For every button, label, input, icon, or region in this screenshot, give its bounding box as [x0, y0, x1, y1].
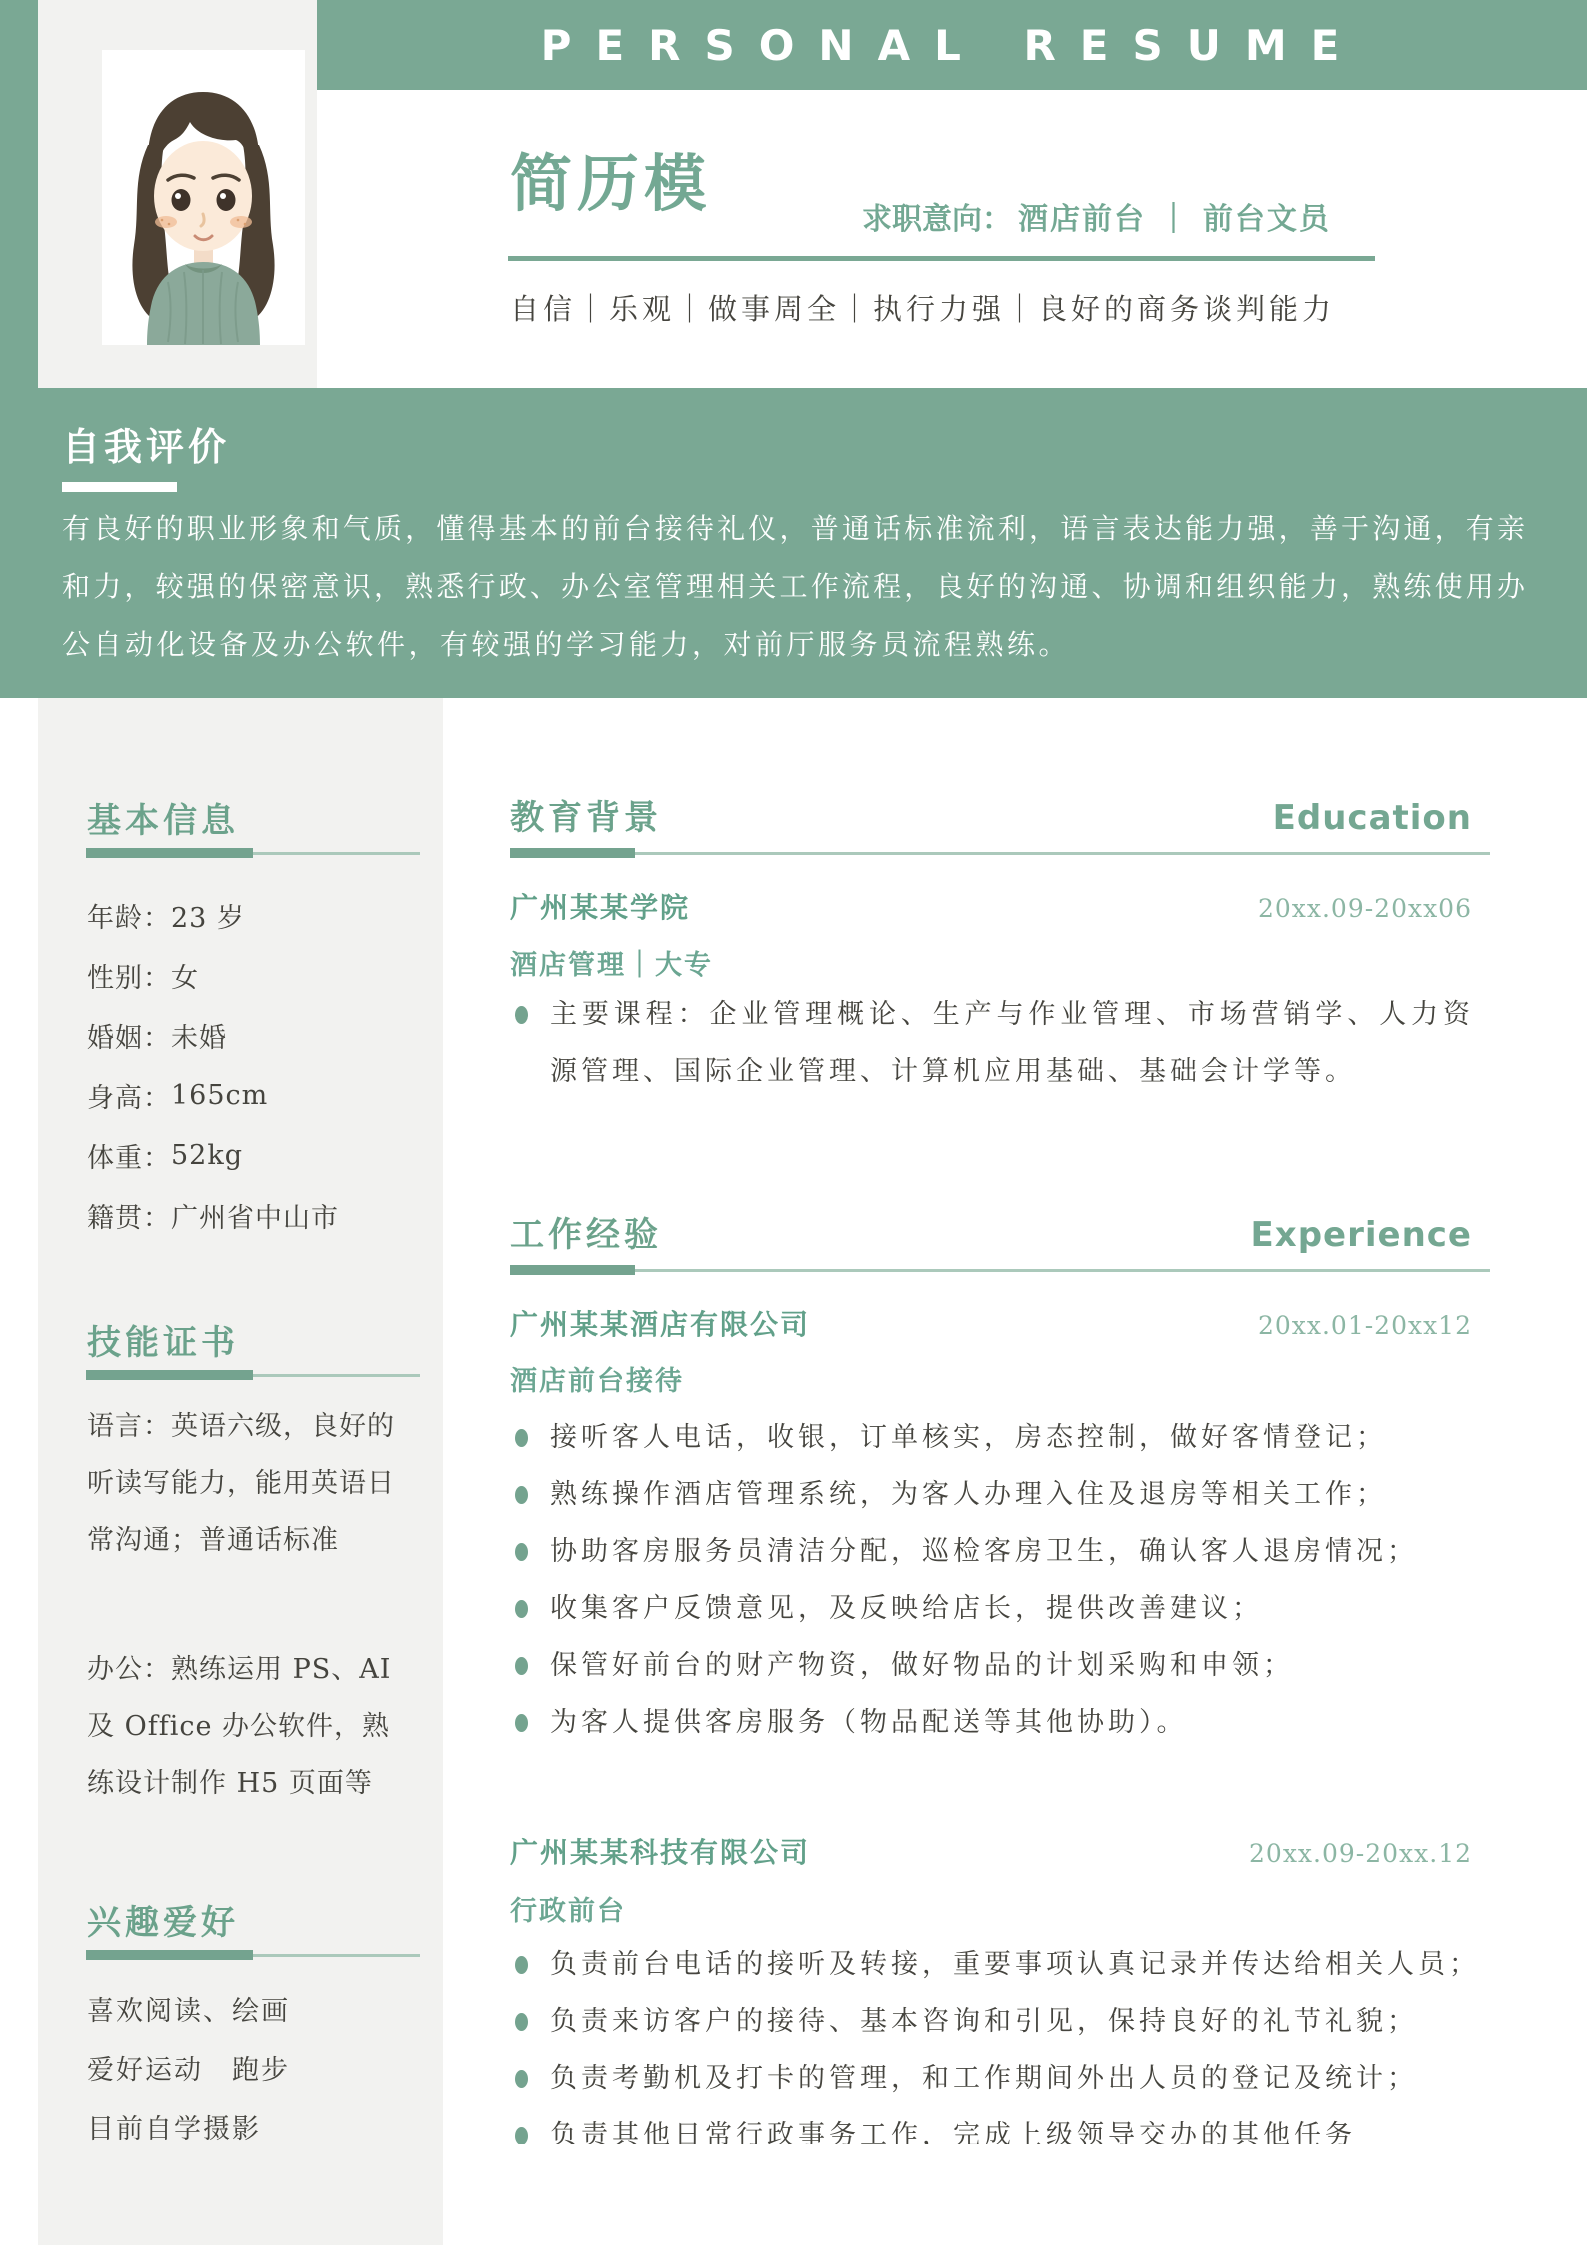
eval-line: 和力，较强的保密意识，熟悉行政、办公室管理相关工作流程，良好的沟通、协调和组织能… [62, 558, 1525, 616]
bullet-dot-icon [515, 1543, 528, 1561]
duty-text: 负责考勤机及打卡的管理，和工作期间外出人员的登记及统计； [550, 2062, 1418, 2096]
heading-underline [86, 1950, 420, 1960]
eval-line: 公自动化设备及办公软件，有较强的学习能力，对前厅服务员流程熟练。 [62, 616, 1525, 674]
info-item: 籍贯：广州省中山市 [87, 1185, 427, 1245]
duty-text: 负责来访客户的接待、基本咨询和引见，保持良好的礼节礼貌； [550, 2005, 1418, 2039]
info-value: 165cm [171, 1080, 268, 1111]
skills-heading: 技能证书 [87, 1315, 239, 1364]
job-intention: 求职意向：酒店前台 ｜ 前台文员 [862, 194, 1331, 238]
hobby-line: 爱好运动 跑步 [87, 2041, 427, 2100]
skill-line: 常沟通；普通话标准 [87, 1512, 432, 1569]
self-evaluation-section: 自我评价 有良好的职业形象和气质，懂得基本的前台接待礼仪，普通话标准流利，语言表… [0, 388, 1587, 698]
basic-info-heading: 基本信息 [87, 793, 239, 842]
experience-heading: 工作经验 [510, 1207, 662, 1256]
heading-underline [62, 482, 177, 492]
bullet-dot-icon [515, 2127, 528, 2144]
bullet-dot-icon [515, 1006, 528, 1024]
heading-underline [86, 1370, 420, 1380]
bullet-dot-icon [515, 1600, 528, 1618]
hobby-list: 喜欢阅读、绘画 爱好运动 跑步 目前自学摄影 [87, 1982, 427, 2159]
resume-title: 简历模 [510, 150, 711, 218]
skill-line: 听读写能力，能用英语日 [87, 1455, 432, 1512]
skill-line: 练设计制作 H5 页面等 [87, 1755, 432, 1812]
resume-page: PERSONAL RESUME 简历模 求职意向：酒店前台 ｜ 前台文员 自信｜… [0, 0, 1587, 2245]
duty-text: 负责前台电话的接听及转接，重要事项认真记录并传达给相关人员； [550, 1948, 1480, 1982]
bullet-dot-icon [515, 2070, 528, 2088]
girl-avatar-illustration [102, 50, 305, 345]
self-evaluation-heading: 自我评价 [62, 416, 230, 471]
course-line: 源管理、国际企业管理、计算机应用基础、基础会计学等。 [550, 1055, 1470, 1112]
education-heading: 教育背景 [510, 790, 662, 839]
skill-line: 办公：熟练运用 PS、AI [87, 1641, 432, 1698]
hobbies-heading: 兴趣爱好 [87, 1895, 239, 1944]
course-text: 主要课程：企业管理概论、生产与作业管理、市场营销学、人力资 源管理、国际企业管理… [550, 998, 1490, 1112]
profile-photo [102, 50, 305, 345]
duty-item: 负责来访客户的接待、基本咨询和引见，保持良好的礼节礼貌； [510, 2005, 1490, 2062]
hobby-line: 喜欢阅读、绘画 [87, 1982, 427, 2041]
info-value: 广州省中山市 [171, 1196, 339, 1235]
school-name: 广州某某学院 [510, 886, 690, 926]
company-row: 广州某某科技有限公司 20xx.09-20xx.12 [510, 1831, 1490, 1871]
date-range: 20xx.09-20xx.12 [1249, 1839, 1490, 1868]
heading-underline [86, 848, 420, 858]
bullet-dot-icon [515, 1429, 528, 1447]
info-value: 52kg [171, 1140, 243, 1171]
job-role: 酒店前台接待 [510, 1359, 684, 1398]
left-accent-strip [0, 0, 38, 388]
info-value: 女 [171, 956, 199, 995]
duty-item: 接听客人电话，收银，订单核实，房态控制，做好客情登记； [510, 1421, 1490, 1478]
hobby-line: 目前自学摄影 [87, 2100, 427, 2159]
tagline: 自信｜乐观｜做事周全｜执行力强｜良好的商务谈判能力 [510, 287, 1335, 328]
job-intention-label: 求职意向： [862, 202, 1012, 237]
education-heading-row: 教育背景 Education [510, 790, 1490, 839]
eval-line: 有良好的职业形象和气质，懂得基本的前台接待礼仪，普通话标准流利，语言表达能力强，… [62, 500, 1525, 558]
company-name: 广州某某科技有限公司 [510, 1831, 810, 1871]
duty-text: 为客人提供客房服务（物品配送等其他协助）。 [550, 1706, 1188, 1740]
title-divider-rule [508, 256, 1375, 261]
bullet-dot-icon [515, 2013, 528, 2031]
company-row: 广州某某酒店有限公司 20xx.01-20xx12 [510, 1303, 1490, 1343]
experience-heading-en: Experience [1251, 1215, 1490, 1255]
info-label: 身高： [87, 1076, 171, 1115]
sidebar: 基本信息 年龄：23 岁 性别：女 婚姻：未婚 身高：165cm 体重：52kg… [38, 698, 443, 2245]
duty-item: 熟练操作酒店管理系统，为客人办理入住及退房等相关工作； [510, 1478, 1490, 1535]
info-value: 23 岁 [171, 896, 245, 935]
course-line: 主要课程：企业管理概论、生产与作业管理、市场营销学、人力资 [550, 998, 1470, 1055]
course-list: 主要课程：企业管理概论、生产与作业管理、市场营销学、人力资 源管理、国际企业管理… [510, 998, 1490, 1112]
basic-info-list: 年龄：23 岁 性别：女 婚姻：未婚 身高：165cm 体重：52kg 籍贯：广… [87, 885, 427, 1245]
duty-item: 协助客房服务员清洁分配，巡检客房卫生，确认客人退房情况； [510, 1535, 1490, 1592]
bullet-dot-icon [515, 1657, 528, 1675]
duty-list: 负责前台电话的接听及转接，重要事项认真记录并传达给相关人员； 负责来访客户的接待… [510, 1948, 1490, 2144]
duty-text: 收集客户反馈意见，及反映给店长，提供改善建议； [550, 1592, 1263, 1626]
info-item: 体重：52kg [87, 1125, 427, 1185]
skill-line: 语言：英语六级，良好的 [87, 1398, 432, 1455]
skill-line: 及 Office 办公软件，熟 [87, 1698, 432, 1755]
date-range: 20xx.01-20xx12 [1258, 1311, 1490, 1340]
duty-item: 为客人提供客房服务（物品配送等其他协助）。 [510, 1706, 1490, 1763]
banner: PERSONAL RESUME [317, 0, 1587, 90]
info-label: 婚姻： [87, 1016, 171, 1055]
bullet-dot-icon [515, 1714, 528, 1732]
job-intention-value: 酒店前台 ｜ 前台文员 [1018, 202, 1331, 237]
duty-text: 负责其他日常行政事务工作，完成上级领导交办的其他任务 [550, 2119, 1356, 2144]
skill-block: 办公：熟练运用 PS、AI 及 Office 办公软件，熟 练设计制作 H5 页… [87, 1641, 432, 1812]
experience-heading-row: 工作经验 Experience [510, 1207, 1490, 1256]
bullet-dot-icon [515, 1486, 528, 1504]
duty-text: 接听客人电话，收银，订单核实，房态控制，做好客情登记； [550, 1421, 1387, 1455]
course-item: 主要课程：企业管理概论、生产与作业管理、市场营销学、人力资 源管理、国际企业管理… [510, 998, 1490, 1112]
duty-item: 负责考勤机及打卡的管理，和工作期间外出人员的登记及统计； [510, 2062, 1490, 2119]
info-item: 年龄：23 岁 [87, 885, 427, 945]
info-label: 年龄： [87, 896, 171, 935]
duty-item: 收集客户反馈意见，及反映给店长，提供改善建议； [510, 1592, 1490, 1649]
info-label: 体重： [87, 1136, 171, 1175]
duty-text: 协助客房服务员清洁分配，巡检客房卫生，确认客人退房情况； [550, 1535, 1418, 1569]
company-name: 广州某某酒店有限公司 [510, 1303, 810, 1343]
self-evaluation-text: 有良好的职业形象和气质，懂得基本的前台接待礼仪，普通话标准流利，语言表达能力强，… [62, 500, 1525, 674]
info-item: 身高：165cm [87, 1065, 427, 1125]
heading-underline [510, 848, 1490, 858]
duty-text: 熟练操作酒店管理系统，为客人办理入住及退房等相关工作； [550, 1478, 1387, 1512]
skill-block: 语言：英语六级，良好的 听读写能力，能用英语日 常沟通；普通话标准 [87, 1398, 432, 1569]
info-value: 未婚 [171, 1016, 227, 1055]
info-item: 性别：女 [87, 945, 427, 1005]
school-row: 广州某某学院 20xx.09-20xx06 [510, 886, 1490, 926]
date-range: 20xx.09-20xx06 [1258, 894, 1490, 923]
duty-item: 负责前台电话的接听及转接，重要事项认真记录并传达给相关人员； [510, 1948, 1490, 2005]
duty-item: 保管好前台的财产物资，做好物品的计划采购和申领； [510, 1649, 1490, 1706]
info-label: 性别： [87, 956, 171, 995]
bullet-dot-icon [515, 1956, 528, 1974]
duty-item: 负责其他日常行政事务工作，完成上级领导交办的其他任务 [510, 2119, 1490, 2144]
heading-underline [510, 1265, 1490, 1275]
job-role: 行政前台 [510, 1889, 626, 1928]
banner-title: PERSONAL RESUME [541, 21, 1364, 70]
duty-text: 保管好前台的财产物资，做好物品的计划采购和申领； [550, 1649, 1294, 1683]
info-item: 婚姻：未婚 [87, 1005, 427, 1065]
education-heading-en: Education [1273, 798, 1490, 838]
duty-list: 接听客人电话，收银，订单核实，房态控制，做好客情登记； 熟练操作酒店管理系统，为… [510, 1421, 1490, 1763]
main-column: 教育背景 Education 广州某某学院 20xx.09-20xx06 酒店管… [510, 698, 1490, 2245]
major: 酒店管理｜大专 [510, 943, 713, 982]
info-label: 籍贯： [87, 1196, 171, 1235]
